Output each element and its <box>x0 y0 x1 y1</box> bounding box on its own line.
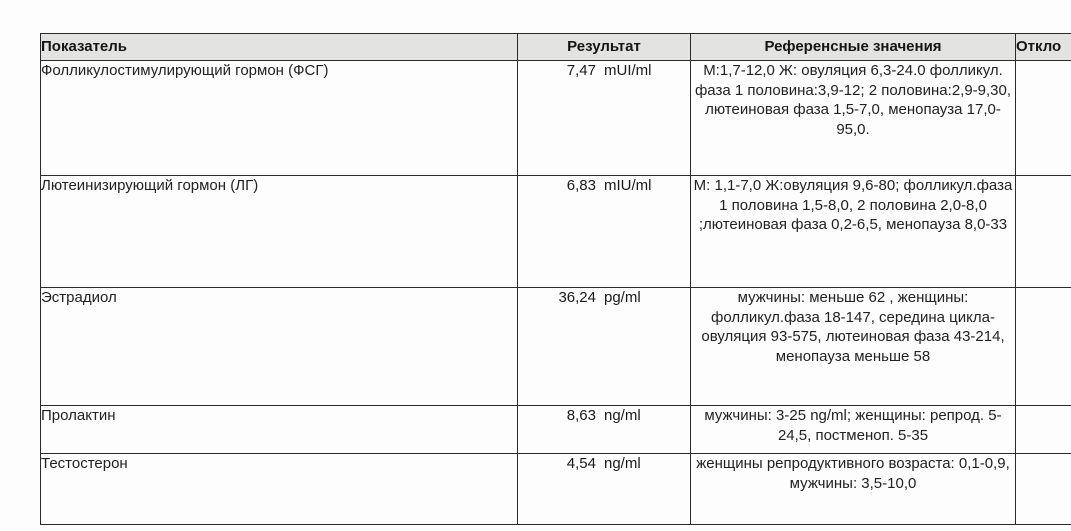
result-unit: ng/ml <box>604 406 641 426</box>
deviation-cell <box>1016 406 1071 454</box>
result-unit: mUI/ml <box>604 61 652 81</box>
result-cell: 7,47mUI/ml <box>518 61 691 176</box>
result-cell: 36,24pg/ml <box>518 288 691 406</box>
result-value: 7,47 <box>518 61 596 81</box>
indicator-name: Тестостерон <box>41 454 518 525</box>
header-result: Результат <box>518 34 691 61</box>
reference-values: мужчины: 3-25 ng/ml; женщины: репрод. 5-… <box>691 406 1016 454</box>
header-reference-values: Референсные значения <box>691 34 1016 61</box>
reference-values: мужчины: меньше 62 , женщины: фолликул.ф… <box>691 288 1016 406</box>
lab-results-table: Показатель Результат Референсные значени… <box>40 33 1071 525</box>
result-cell: 4,54ng/ml <box>518 454 691 525</box>
header-deviation: Откло <box>1016 34 1071 61</box>
header-indicator: Показатель <box>41 34 518 61</box>
reference-values: М:1,7-12,0 Ж: овуляция 6,3-24.0 фолликул… <box>691 61 1016 176</box>
result-value: 8,63 <box>518 406 596 426</box>
result-unit: pg/ml <box>604 288 641 308</box>
deviation-cell <box>1016 176 1071 288</box>
table-row: Эстрадиол 36,24pg/ml мужчины: меньше 62 … <box>41 288 1071 406</box>
result-cell: 6,83mIU/ml <box>518 176 691 288</box>
indicator-name: Эстрадиол <box>41 288 518 406</box>
deviation-cell <box>1016 454 1071 525</box>
lab-results-document: Показатель Результат Референсные значени… <box>0 0 1071 531</box>
result-value: 6,83 <box>518 176 596 196</box>
deviation-cell <box>1016 288 1071 406</box>
indicator-name: Пролактин <box>41 406 518 454</box>
reference-values: М: 1,1-7,0 Ж:овуляция 9,6-80; фолликул.ф… <box>691 176 1016 288</box>
deviation-cell <box>1016 61 1071 176</box>
table-header-row: Показатель Результат Референсные значени… <box>41 34 1071 61</box>
result-value: 36,24 <box>518 288 596 308</box>
table-row: Лютеинизирующий гормон (ЛГ) 6,83mIU/ml М… <box>41 176 1071 288</box>
result-unit: mIU/ml <box>604 176 652 196</box>
table-row: Тестостерон 4,54ng/ml женщины репродукти… <box>41 454 1071 525</box>
reference-values: женщины репродуктивного возраста: 0,1-0,… <box>691 454 1016 525</box>
indicator-name: Фолликулостимулирующий гормон (ФСГ) <box>41 61 518 176</box>
result-cell: 8,63ng/ml <box>518 406 691 454</box>
result-unit: ng/ml <box>604 454 641 474</box>
indicator-name: Лютеинизирующий гормон (ЛГ) <box>41 176 518 288</box>
table-row: Пролактин 8,63ng/ml мужчины: 3-25 ng/ml;… <box>41 406 1071 454</box>
result-value: 4,54 <box>518 454 596 474</box>
table-row: Фолликулостимулирующий гормон (ФСГ) 7,47… <box>41 61 1071 176</box>
